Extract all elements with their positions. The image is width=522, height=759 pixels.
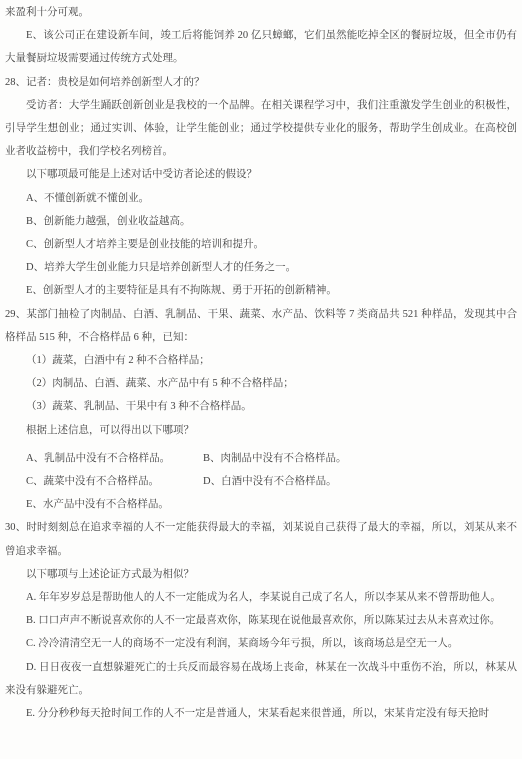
q28-option-b: B、创新能力越强，创业收益越高。 [5,210,517,233]
q28-interviewee-paragraph: 受访者：大学生踊跃创新创业是我校的一个品牌。在相关课程学习中，我们注重激发学生创… [5,94,517,164]
q28-stem: 28、记者：贵校是如何培养创新型人才的？ [5,71,517,94]
q29-option-a: A、乳制品中没有不合格样品。 [26,447,203,470]
q29-condition-3: （3）蔬菜、乳制品、干果中有 3 种不合格样品。 [5,395,517,418]
q30-option-a: A. 年年岁岁总是帮助他人的人不一定能成为名人，李某说自己成了名人，所以李某从来… [5,586,517,609]
q29-condition-1: （1）蔬菜，白酒中有 2 种不合格样品； [5,349,517,372]
q29-stem: 29、某部门抽检了肉制品、白酒、乳制品、干果、蔬菜、水产品、饮料等 7 类商品共… [5,303,517,349]
q30-option-c: C. 冷冷清清空无一人的商场不一定没有利润，某商场今年亏损，所以，该商场总是空无… [5,632,517,655]
q29-option-row-2: C、蔬菜中没有不合格样品。D、白酒中没有不合格样品。 [5,470,517,493]
q30-stem: 30、时时刻刻总在追求幸福的人不一定能获得最大的幸福，刘某说自己获得了最大的幸福… [5,516,517,562]
q28-option-e: E、创新型人才的主要特征是具有不拘陈规、勇于开拓的创新精神。 [5,279,517,302]
q29-option-d: D、白酒中没有不合格样品。 [203,476,337,487]
q28-option-d: D、培养大学生创业能力只是培养创新型人才的任务之一。 [5,256,517,279]
q28-option-c: C、创新型人才培养主要是创业技能的培训和提升。 [5,233,517,256]
q30-option-b: B. 口口声声不断说喜欢你的人不一定最喜欢你，陈某现在说他最喜欢你，所以陈某过去… [5,609,517,632]
q30-prompt: 以下哪项与上述论证方式最为相似？ [5,563,517,586]
q29-option-e: E、水产品中没有不合格样品。 [26,499,169,510]
q29-option-row-3: E、水产品中没有不合格样品。 [5,493,517,516]
q30-option-e: E. 分分秒秒每天抢时间工作的人不一定是普通人，宋某看起来很普通，所以，宋某肯定… [5,702,517,725]
q28-option-a: A、不懂创新就不懂创业。 [5,187,517,210]
q29-condition-2: （2）肉制品、白酒、蔬菜、水产品中有 5 种不合格样品； [5,372,517,395]
intro-option-e: E、该公司正在建设新车间，竣工后将能饲养 20 亿只蟑螂，它们虽然能吃掉全区的餐… [5,24,517,70]
q29-option-row-1: A、乳制品中没有不合格样品。B、肉制品中没有不合格样品。 [5,447,517,470]
document-page: 来盈利十分可观。 E、该公司正在建设新车间，竣工后将能饲养 20 亿只蟑螂，它们… [0,0,522,759]
q30-option-d: D. 日日夜夜一直想躲避死亡的士兵反而最容易在战场上丧命，林某在一次战斗中重伤不… [5,656,517,702]
intro-continuation-line: 来盈利十分可观。 [5,1,517,24]
q28-prompt: 以下哪项最可能是上述对话中受访者论述的假设？ [5,163,517,186]
q29-prompt: 根据上述信息，可以得出以下哪项？ [5,419,517,442]
q29-option-b: B、肉制品中没有不合格样品。 [203,453,347,464]
q29-option-c: C、蔬菜中没有不合格样品。 [26,470,203,493]
